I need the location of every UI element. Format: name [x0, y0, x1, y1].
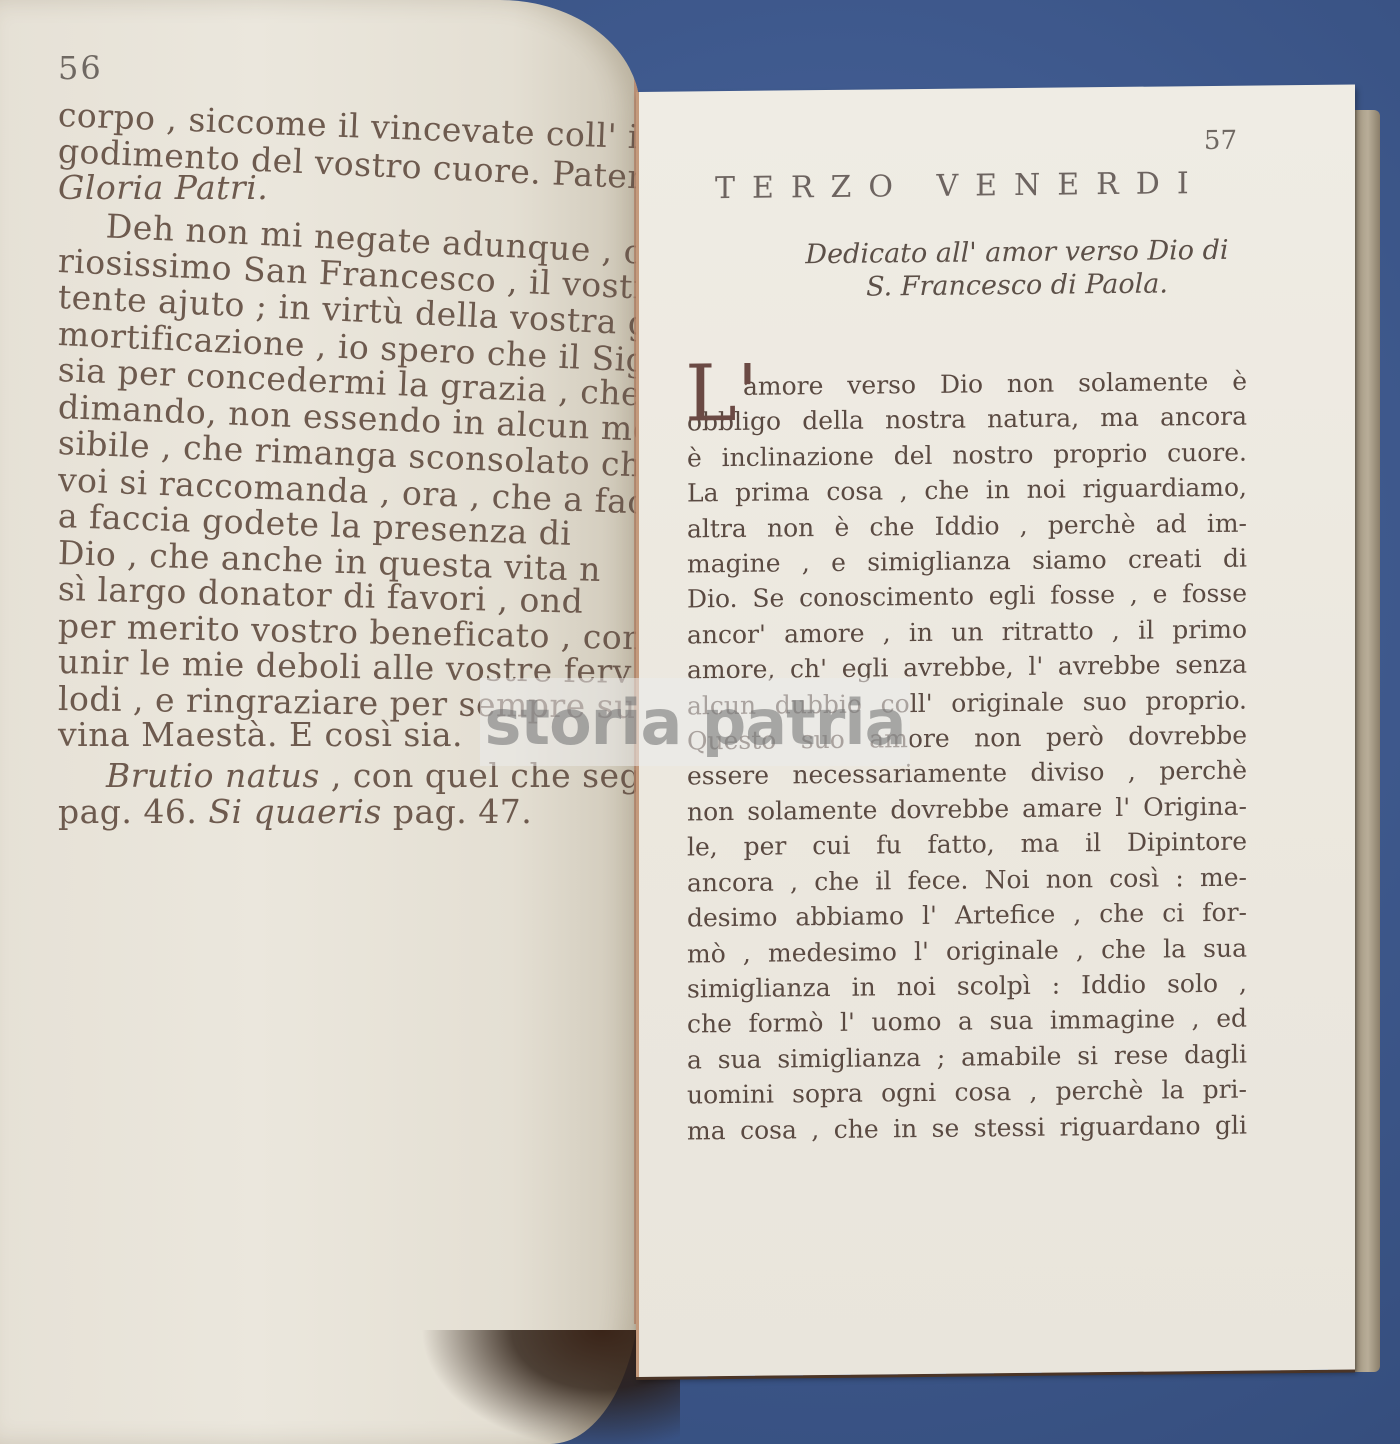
- text-line: uomini sopra ogni cosa , perchè la pri-: [687, 1072, 1247, 1113]
- page-number-left: 56: [58, 50, 640, 87]
- text-line: non solamente dovrebbe amare l' Origina-: [687, 788, 1247, 829]
- text-line: ancora , che il fece. Noi non così : me-: [687, 859, 1247, 900]
- footer-suffix: pag. 47.: [382, 792, 532, 831]
- text-line: desimo abbiamo l' Artefice , che ci for-: [687, 895, 1247, 936]
- text-line: è inclinazione del nostro proprio cuore.: [687, 434, 1247, 475]
- chapter-title: TERZO VENERDI: [715, 166, 1206, 206]
- watermark-text: storia patria: [485, 686, 906, 759]
- page-number-right: 57: [1204, 126, 1237, 156]
- watermark: storia patria: [480, 678, 910, 766]
- text-line: ma cosa , che in se stessi riguardano gl…: [687, 1107, 1247, 1148]
- footer-prefix: pag. 46.: [58, 792, 208, 831]
- text-line-footer-2: pag. 46. Si quaeris pag. 47.: [58, 794, 640, 831]
- text-line: amore verso Dio non solamente è: [687, 364, 1247, 405]
- drop-cap: L': [685, 359, 758, 430]
- text-line: magine , e simiglianza siamo creati di: [687, 541, 1247, 582]
- text-line: Dio. Se conoscimento egli fosse , e foss…: [687, 576, 1247, 617]
- text-line: che formò l' uomo a sua immagine , ed: [687, 1001, 1247, 1042]
- text-line: a sua simiglianza ; amabile si rese dagl…: [687, 1036, 1247, 1077]
- text-line: La prima cosa , che in noi riguardiamo,: [687, 470, 1247, 511]
- text-line: le, per cui fu fatto, ma il Dipintore: [687, 824, 1247, 865]
- subtitle-line: S. Francesco di Paola.: [679, 265, 1355, 305]
- first-paragraph: L' amore verso Dio non solamente è: [687, 364, 1247, 405]
- text-line: obbligo della nostra natura, ma ancora: [687, 399, 1247, 440]
- latin-phrase: Si quaeris: [208, 792, 382, 831]
- text-line: altra non è che Iddio , perchè ad im-: [687, 505, 1247, 546]
- text-line: simiglianza in noi scolpì : Iddio solo ,: [687, 966, 1247, 1007]
- chapter-subtitle: Dedicato all' amor verso Dio di S. Franc…: [639, 232, 1355, 305]
- text-line: mò , medesimo l' originale , che la sua: [687, 930, 1247, 971]
- text-line: ancor' amore , in un ritratto , il primo: [687, 611, 1247, 652]
- latin-phrase: Brutio natus: [106, 756, 320, 795]
